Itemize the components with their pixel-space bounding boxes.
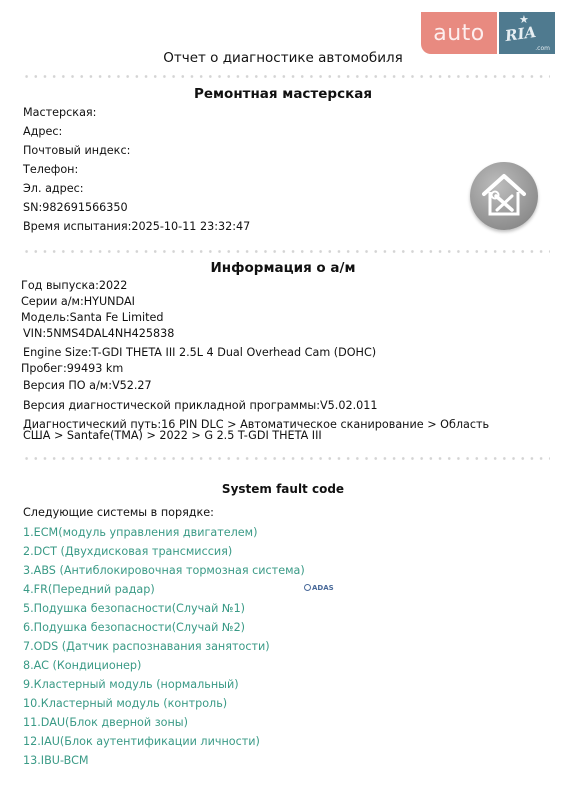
vehicle-section-title: Информация о а/м: [0, 260, 566, 276]
system-item: 1.ECM(модуль управления двигателем): [23, 526, 257, 539]
vehicle-sw-version: Версия ПО а/м:V52.27: [23, 379, 152, 392]
autoria-logo: auto ★ RIA .com: [421, 12, 555, 54]
serial-number: SN:982691566350: [23, 201, 128, 214]
workshop-email: Эл. адрес:: [23, 182, 84, 195]
system-item: 4.FR(Передний радар): [23, 583, 155, 596]
workshop-phone: Телефон:: [23, 163, 78, 176]
system-item: 2.DCT (Двухдисковая трансмиссия): [23, 545, 232, 558]
adas-badge: ADAS: [304, 584, 334, 592]
test-time: Время испытания:2025-10-11 23:32:47: [23, 220, 250, 233]
system-item: 13.IBU-BCM: [23, 754, 89, 767]
system-item: 6.Подушка безопасности(Случай №2): [23, 621, 245, 634]
logo-auto: auto: [421, 12, 497, 54]
workshop-postcode: Почтовый индекс:: [23, 144, 130, 157]
report-title: Отчет о диагностике автомобиля: [0, 50, 566, 66]
repair-house-icon: [470, 162, 538, 230]
logo-ria: ★ RIA .com: [499, 12, 555, 54]
system-item: 12.IAU(Блок аутентификации личности): [23, 735, 260, 748]
systems-ok-subtitle: Следующие системы в порядке:: [23, 506, 214, 519]
workshop-section-title: Ремонтная мастерская: [0, 86, 566, 102]
vehicle-series: Серии а/м:HYUNDAI: [21, 295, 135, 308]
vehicle-year: Год выпуска:2022: [21, 279, 127, 292]
workshop-address: Адрес:: [23, 125, 62, 138]
system-item: 7.ODS (Датчик распознавания занятости): [23, 640, 270, 653]
divider: [22, 250, 550, 253]
system-item: 3.ABS (Антиблокировочная тормозная систе…: [23, 564, 305, 577]
vehicle-vin: VIN:5NMS4DAL4NH425838: [23, 327, 174, 340]
system-item: 5.Подушка безопасности(Случай №1): [23, 602, 245, 615]
vehicle-mileage: Пробег:99493 km: [21, 362, 123, 375]
system-item: 11.DAU(Блок дверной зоны): [23, 716, 188, 729]
divider: [22, 457, 550, 460]
workshop-name: Мастерская:: [23, 106, 96, 119]
fault-section-title: System fault code: [0, 482, 566, 496]
diagnostic-path-line2: США > Santafe(TMA) > 2022 > G 2.5 T-GDI …: [23, 430, 322, 441]
vehicle-engine: Engine Size:T-GDI THETA III 2.5L 4 Dual …: [23, 346, 376, 359]
system-item: 10.Кластерный модуль (контроль): [23, 697, 227, 710]
adas-icon: [304, 584, 311, 591]
app-version: Версия диагностической прикладной програ…: [23, 399, 378, 412]
system-item: 9.Кластерный модуль (нормальный): [23, 678, 239, 691]
system-item: 8.AC (Кондиционер): [23, 659, 141, 672]
divider: [22, 75, 550, 78]
vehicle-model: Модель:Santa Fe Limited: [21, 311, 163, 324]
